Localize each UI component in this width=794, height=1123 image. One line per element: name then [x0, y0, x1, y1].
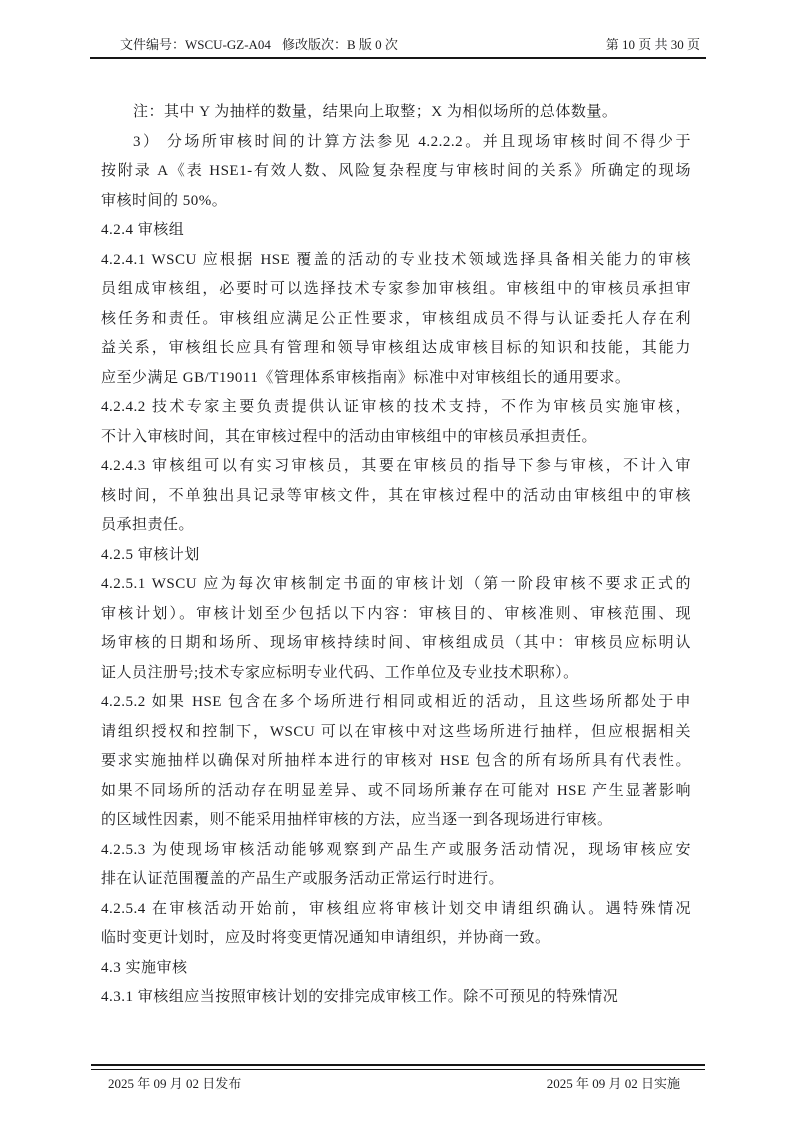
text-line: 4.3 实施审核: [101, 954, 691, 984]
header-rule: [90, 57, 706, 59]
document-body: 注：其中 Y 为抽样的数量，结果向上取整；X 为相似场所的总体数量。3） 分场所…: [101, 98, 691, 1013]
text-line: 证人员注册号;技术专家应标明专业代码、工作单位及专业技术职称）。: [101, 659, 691, 689]
text-line: 4.3.1 审核组应当按照审核计划的安排完成审核工作。除不可预见的特殊情况: [101, 983, 691, 1013]
text-line: 审核时间的 50%。: [101, 187, 691, 217]
text-line: 审核计划）。审核计划至少包括以下内容：审核目的、审核准则、审核范围、现: [101, 600, 691, 630]
header-page-info: 第 10 页 共 30 页: [606, 36, 700, 54]
text-line: 4.2.4.3 审核组可以有实习审核员，其要在审核员的指导下参与审核，不计入审: [101, 452, 691, 482]
text-line: 核任务和责任。审核组应满足公正性要求，审核组成员不得与认证委托人存在利: [101, 305, 691, 335]
text-line: 要求实施抽样以确保对所抽样本进行的审核对 HSE 包含的所有场所具有代表性。: [101, 747, 691, 777]
text-line: 4.2.5.2 如果 HSE 包含在多个场所进行相同或相近的活动，且这些场所都处…: [101, 688, 691, 718]
text-line: 4.2.5.3 为使现场审核活动能够观察到产品生产或服务活动情况，现场审核应安: [101, 836, 691, 866]
text-line: 请组织授权和控制下，WSCU 可以在审核中对这些场所进行抽样，但应根据相关: [101, 718, 691, 748]
text-line: 场审核的日期和场所、现场审核持续时间、审核组成员（其中：审核员应标明认: [101, 629, 691, 659]
footer-release-date: 2025 年 09 月 02 日发布: [108, 1075, 241, 1093]
text-line: 注：其中 Y 为抽样的数量，结果向上取整；X 为相似场所的总体数量。: [101, 98, 691, 128]
text-line: 4.2.4.1 WSCU 应根据 HSE 覆盖的活动的专业技术领域选择具备相关能…: [101, 246, 691, 276]
header-doc-number: 文件编号：WSCU-GZ-A04: [120, 36, 271, 54]
text-line: 4.2.4 审核组: [101, 216, 691, 246]
text-line: 4.2.5.4 在审核活动开始前，审核组应将审核计划交申请组织确认。遇特殊情况: [101, 895, 691, 925]
text-line: 4.2.4.2 技术专家主要负责提供认证审核的技术支持，不作为审核员实施审核，: [101, 393, 691, 423]
text-line: 不计入审核时间，其在审核过程中的活动由审核组中的审核员承担责任。: [101, 423, 691, 453]
text-line: 益关系，审核组长应具有管理和领导审核组达成审核目标的知识和技能，其能力: [101, 334, 691, 364]
text-line: 临时变更计划时，应及时将变更情况通知申请组织，并协商一致。: [101, 924, 691, 954]
footer-rule: [91, 1064, 705, 1070]
text-line: 3） 分场所审核时间的计算方法参见 4.2.2.2。并且现场审核时间不得少于: [101, 128, 691, 158]
text-line: 员组成审核组，必要时可以选择技术专家参加审核组。审核组中的审核员承担审: [101, 275, 691, 305]
text-line: 4.2.5.1 WSCU 应为每次审核制定书面的审核计划（第一阶段审核不要求正式…: [101, 570, 691, 600]
document-page: 文件编号：WSCU-GZ-A04 修改版次：B 版 0 次 第 10 页 共 3…: [0, 0, 794, 1123]
text-line: 按附录 A《表 HSE1-有效人数、风险复杂程度与审核时间的关系》所确定的现场: [101, 157, 691, 187]
text-line: 应至少满足 GB/T19011《管理体系审核指南》标准中对审核组长的通用要求。: [101, 364, 691, 394]
text-line: 核时间，不单独出具记录等审核文件，其在审核过程中的活动由审核组中的审核: [101, 482, 691, 512]
text-line: 排在认证范围覆盖的产品生产或服务活动正常运行时进行。: [101, 865, 691, 895]
header-revision: 修改版次：B 版 0 次: [282, 36, 398, 54]
text-line: 的区域性因素，则不能采用抽样审核的方法，应当逐一到各现场进行审核。: [101, 806, 691, 836]
footer-implement-date: 2025 年 09 月 02 日实施: [547, 1075, 680, 1093]
text-line: 如果不同场所的活动存在明显差异、或不同场所兼存在可能对 HSE 产生显著影响: [101, 777, 691, 807]
text-line: 员承担责任。: [101, 511, 691, 541]
text-line: 4.2.5 审核计划: [101, 541, 691, 571]
